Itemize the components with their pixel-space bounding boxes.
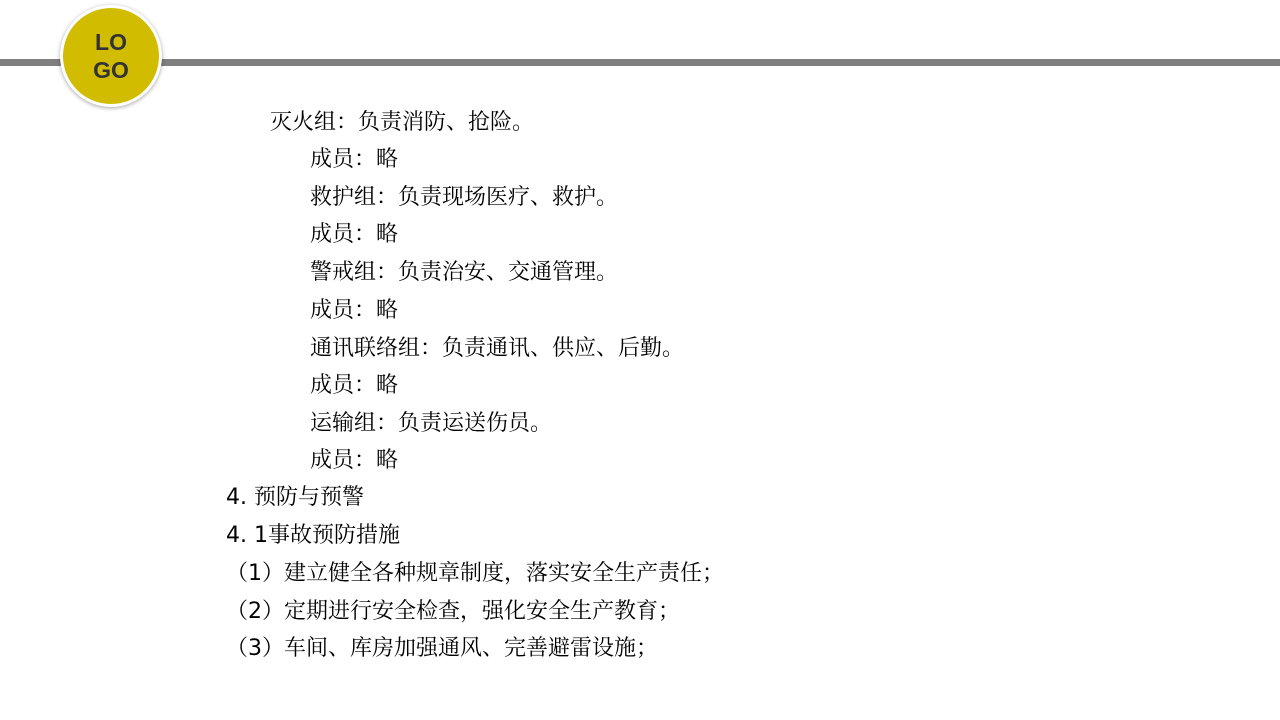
text-line: 成员：略 (310, 220, 398, 250)
text-line: 成员：略 (310, 145, 398, 175)
logo-text-line1: LO (95, 28, 127, 56)
section-heading: 4. 预防与预警 (226, 483, 364, 513)
logo-badge: LO GO (60, 5, 162, 107)
text-line: 灭火组：负责消防、抢险。 (270, 108, 534, 138)
text-line: 警戒组：负责治安、交通管理。 (310, 258, 618, 288)
subsection-heading: 4. 1事故预防措施 (226, 521, 400, 551)
text-line: 成员：略 (310, 296, 398, 326)
text-line: 运输组：负责运送伤员。 (310, 409, 552, 439)
list-item: （2）定期进行安全检查，强化安全生产教育； (226, 597, 680, 627)
text-line: 成员：略 (310, 371, 398, 401)
text-line: 成员：略 (310, 446, 398, 476)
list-item: （3）车间、库房加强通风、完善避雷设施； (226, 634, 658, 664)
list-item: （1）建立健全各种规章制度，落实安全生产责任； (226, 559, 724, 589)
header-rule (0, 59, 1280, 66)
text-line: 救护组：负责现场医疗、救护。 (310, 183, 618, 213)
logo-text-line2: GO (93, 56, 129, 84)
text-line: 通讯联络组：负责通讯、供应、后勤。 (310, 334, 684, 364)
